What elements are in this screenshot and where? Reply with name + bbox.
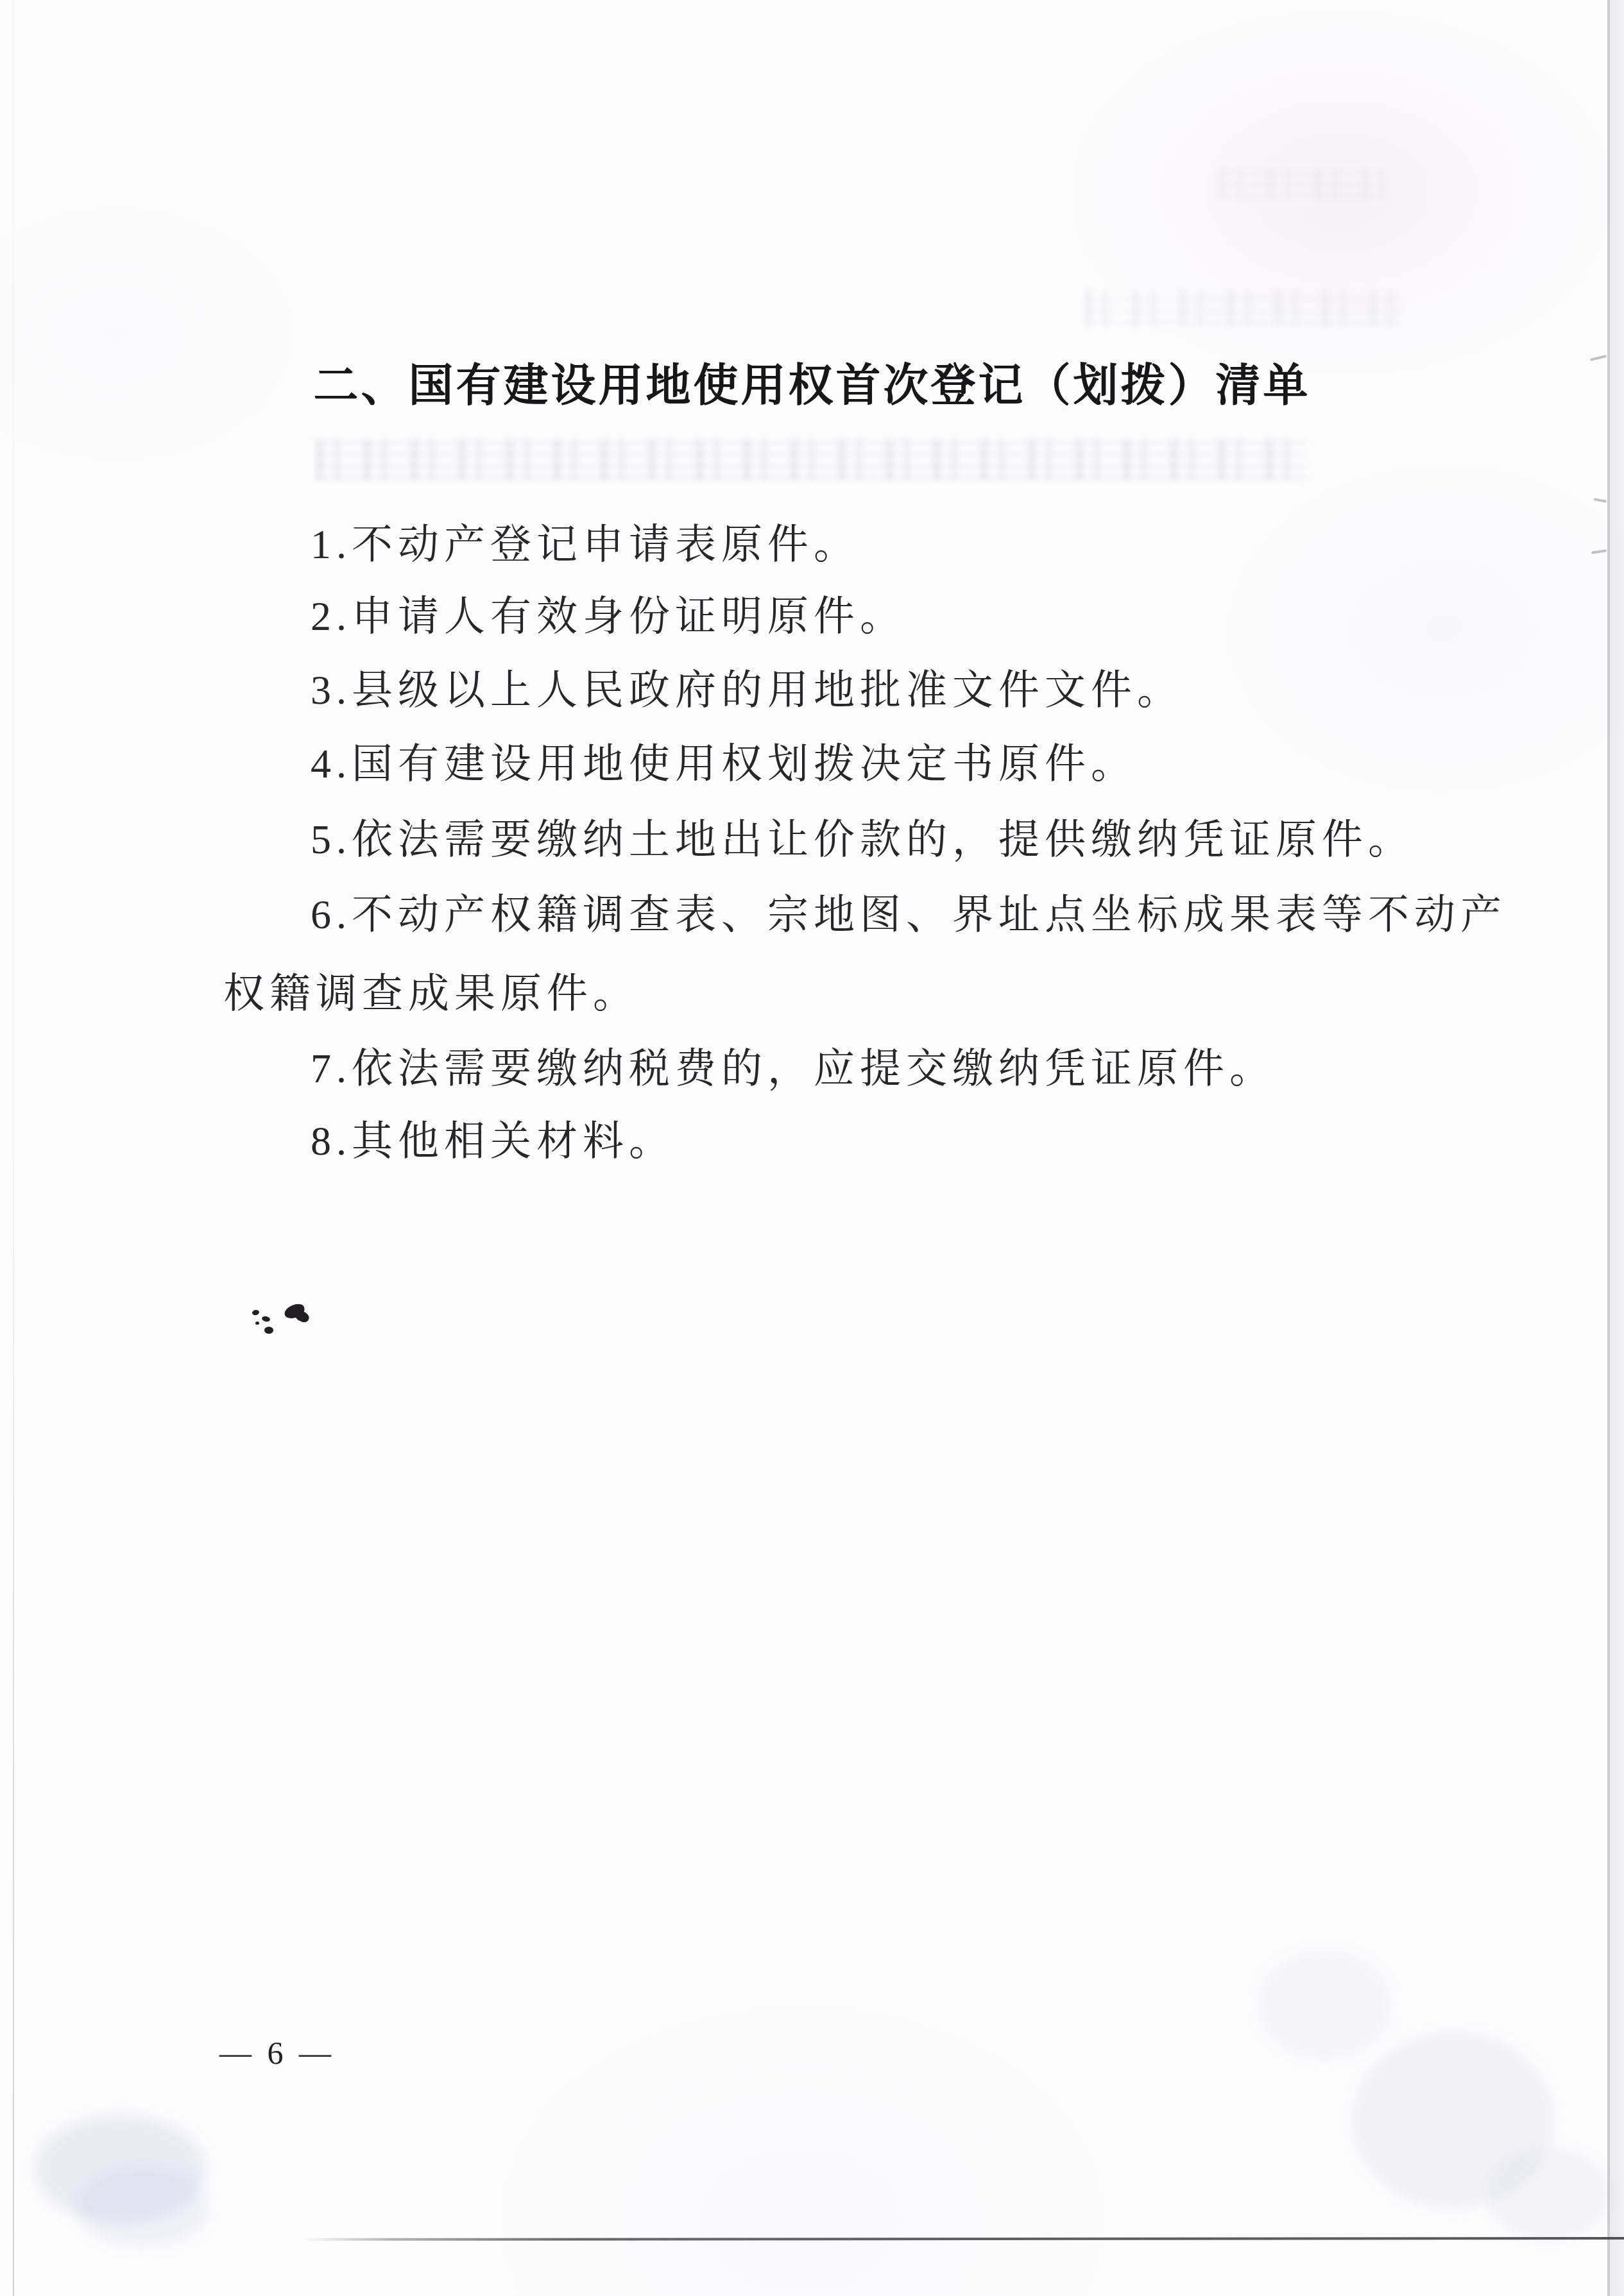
- stain-bottom-right: [1489, 2149, 1607, 2239]
- list-item-1: 1.不动产登记申请表原件。: [311, 524, 860, 565]
- bleed-through-band: [316, 440, 1307, 480]
- ink-blot-speck: [252, 1309, 259, 1316]
- list-item-3: 3.县级以上人民政府的用地批准文件文件。: [311, 670, 1183, 711]
- list-item-4: 4.国有建设用地使用权划拨决定书原件。: [311, 744, 1137, 785]
- ink-blot-speck: [264, 1327, 273, 1334]
- stain-bottom-left: [77, 2168, 209, 2245]
- stain-bottom-right: [1258, 1950, 1392, 2059]
- list-item-6: 6.不动产权籍调查表、宗地图、界址点坐标成果表等不动产: [311, 894, 1507, 935]
- page-edge-bottom-line: [302, 2237, 1624, 2241]
- ink-blot-main: [283, 1302, 306, 1320]
- bleed-through-band: [1219, 168, 1386, 199]
- page-title: 二、国有建设用地使用权首次登记（划拨）清单: [314, 363, 1311, 408]
- list-item-8: 8.其他相关材料。: [311, 1121, 675, 1162]
- document-page: 二、国有建设用地使用权首次登记（划拨）清单 1.不动产登记申请表原件。 2.申请…: [0, 0, 1624, 2296]
- bleed-through-band: [1084, 290, 1402, 325]
- list-item-5: 5.依法需要缴纳土地出让价款的，提供缴纳凭证原件。: [311, 819, 1414, 860]
- list-item-7: 7.依法需要缴纳税费的，应提交缴纳凭证原件。: [311, 1048, 1276, 1089]
- list-item-2: 2.申请人有效身份证明原件。: [311, 596, 906, 637]
- list-item-6-continuation: 权籍调查成果原件。: [223, 973, 639, 1014]
- page-edge-tear: [1591, 549, 1607, 554]
- page-edge-left-line: [13, 0, 14, 2296]
- page-number: — 6 —: [219, 2037, 335, 2069]
- ink-blot-speck: [255, 1322, 259, 1325]
- stain-bottom-right: [1354, 2034, 1553, 2207]
- ink-blot-speck: [261, 1316, 271, 1323]
- ink-blot-main: [293, 1309, 311, 1323]
- page-edge-tear: [1590, 355, 1607, 361]
- page-edge-right-line: [1607, 0, 1610, 2296]
- page-edge-right-shadow: [1610, 0, 1624, 2296]
- stain-bottom-left: [35, 2116, 205, 2222]
- page-edge-tear: [1594, 498, 1607, 502]
